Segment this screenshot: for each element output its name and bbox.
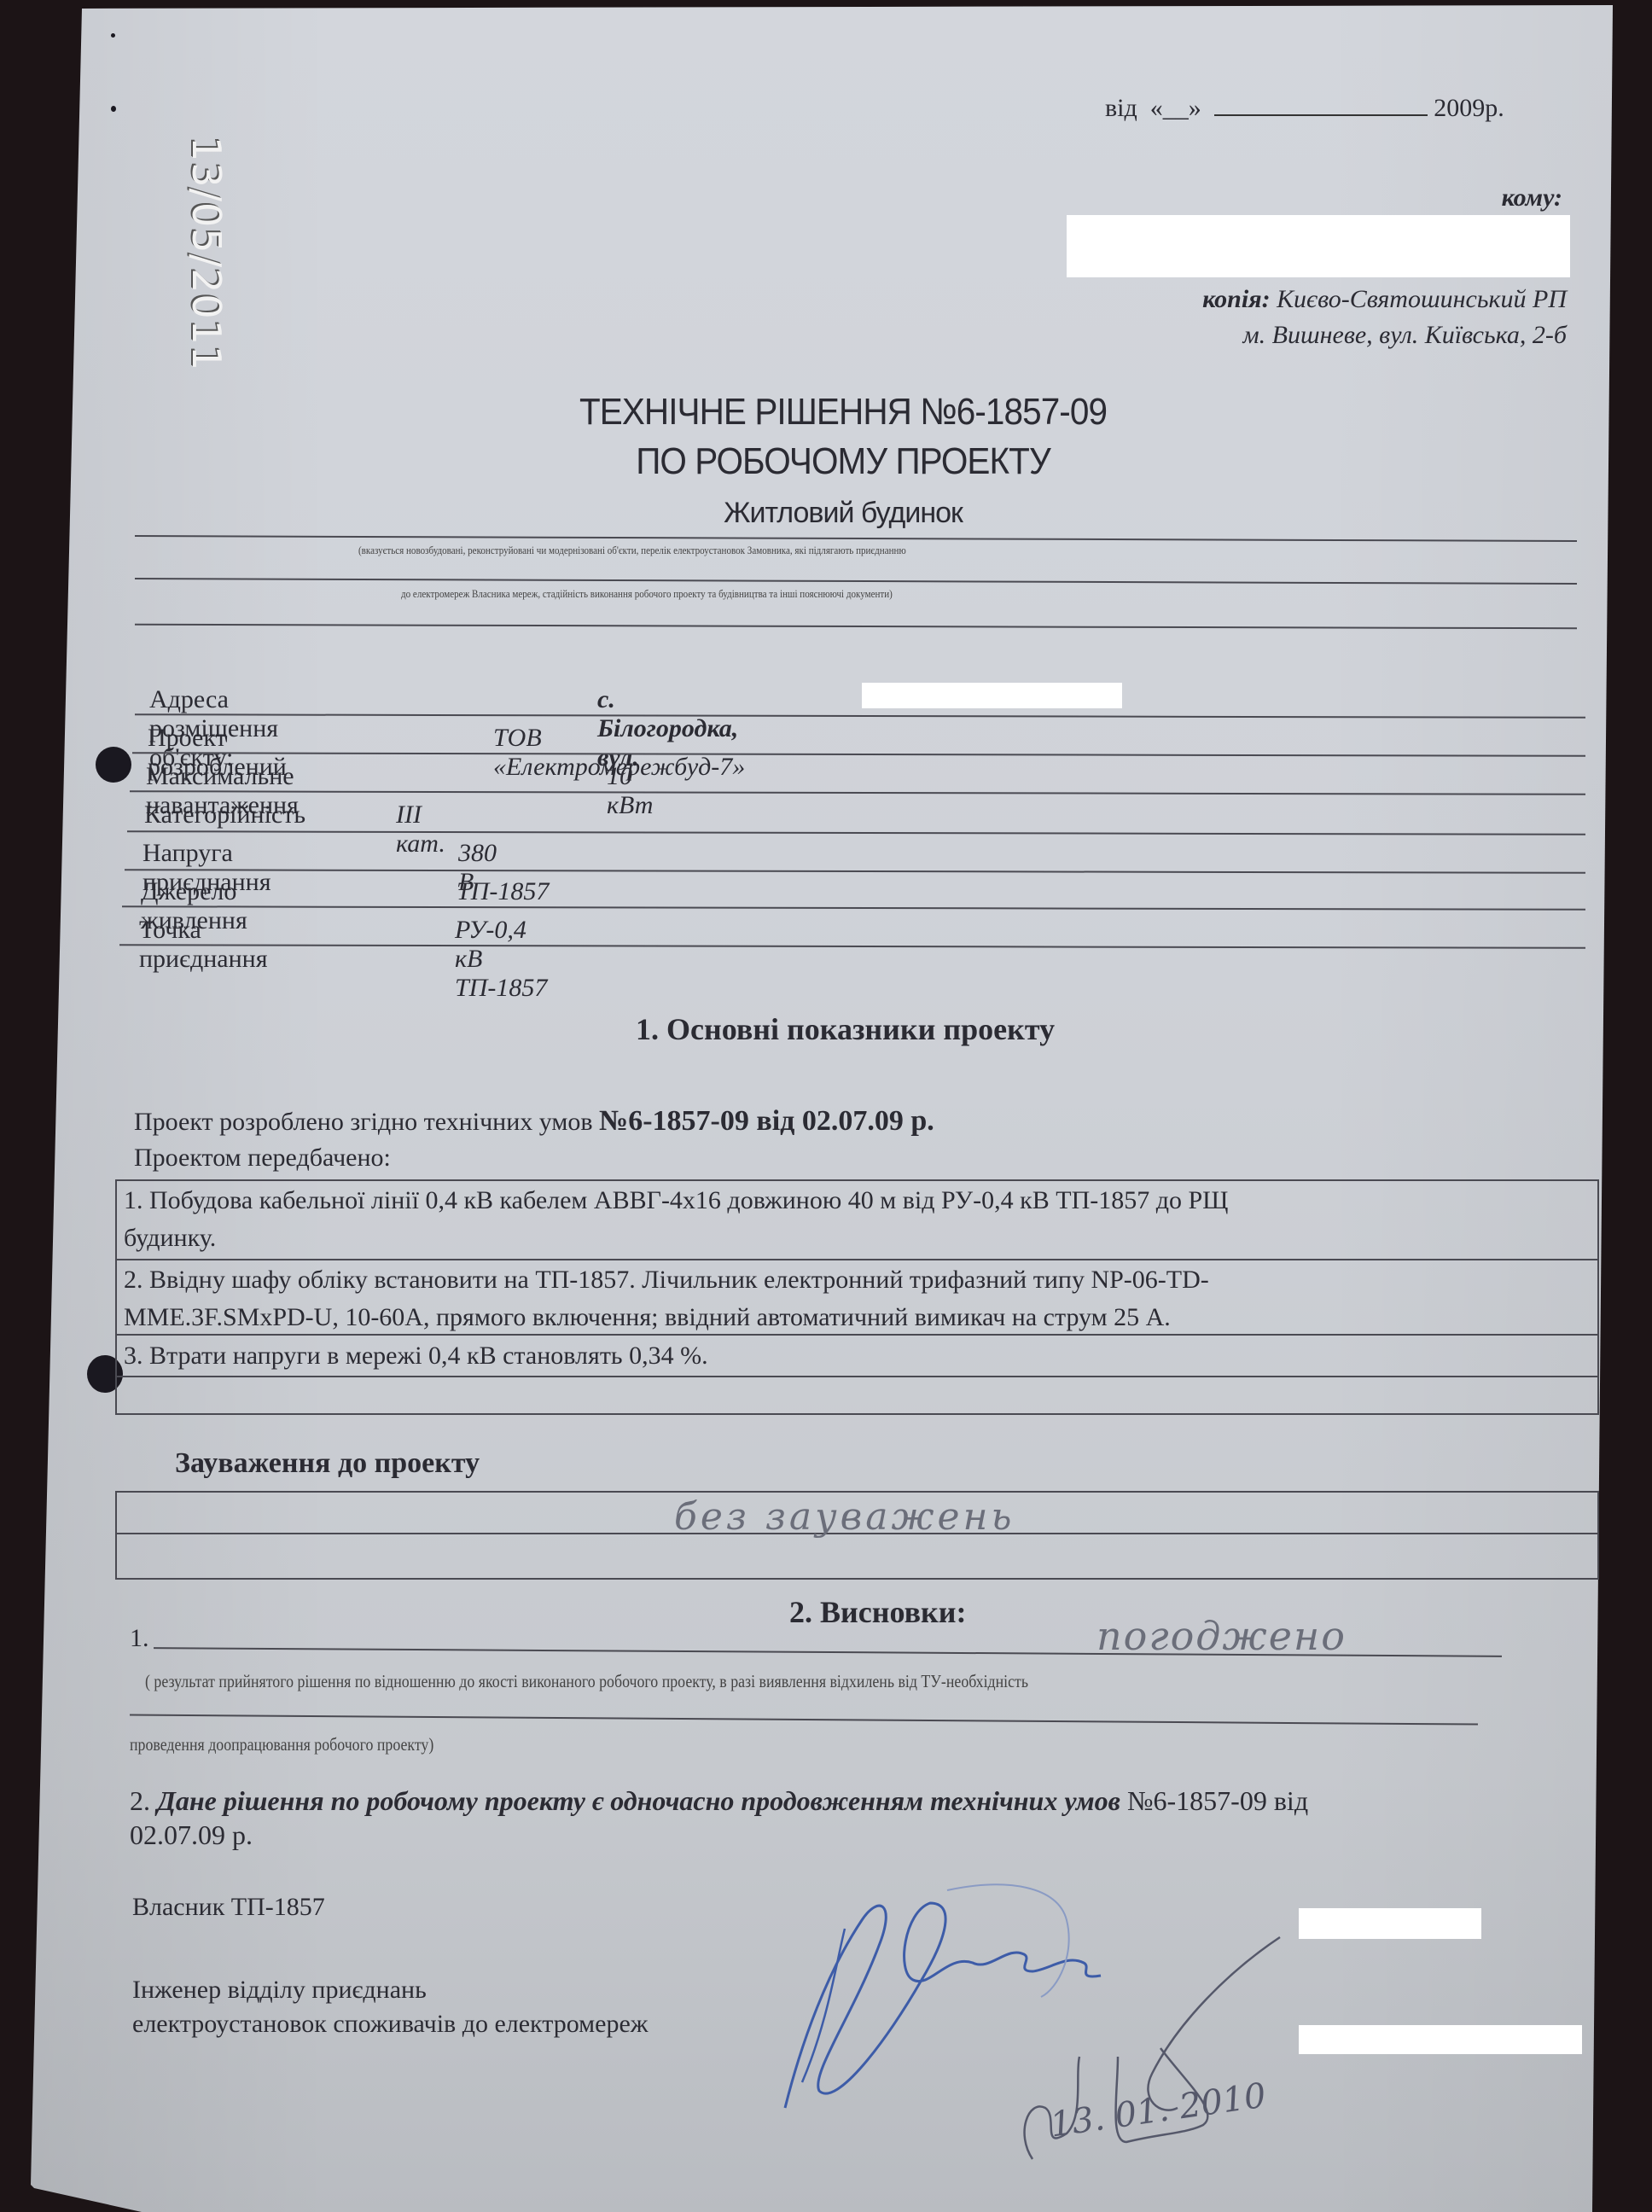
conclusion-2-tu: №6-1857-09 від <box>1120 1785 1308 1816</box>
engineer-label: Інженер відділу приєднань електроустанов… <box>132 1973 648 2041</box>
conclusion-2: 2. Дане рішення по робочому проекту є од… <box>130 1785 1308 1817</box>
document-subtitle: ПО РОБОЧОМУ ПРОЕКТУ <box>83 440 1603 483</box>
copy-org: Києво-Святошинський РП <box>1277 285 1567 313</box>
field-value: ІІІ кат. <box>396 800 445 859</box>
to-label: кому: <box>1502 183 1562 212</box>
intro-text: Проект розроблено згідно технічних умов <box>134 1108 599 1136</box>
field-value: ТП-1857 <box>457 877 549 906</box>
copy-address: м. Вишневе, вул. Київська, 2-б <box>1202 317 1567 353</box>
conclusion-2-number: 2. <box>130 1785 157 1816</box>
section1-intro: Проект розроблено згідно технічних умов … <box>134 1105 934 1138</box>
provision-item-2: 2. Ввідну шафу обліку встановити на ТП-1… <box>124 1261 1209 1336</box>
redacted-engineer-name <box>1299 2025 1582 2054</box>
conclusion-2-date: 02.07.09 р. <box>130 1819 253 1851</box>
date-prefix: від <box>1105 94 1137 122</box>
conclusion-1-handwritten: погоджено <box>1096 1613 1347 1659</box>
provision-item-1: 1. Побудова кабельної лінії 0,4 кВ кабел… <box>124 1182 1228 1257</box>
intro-tu-number: №6-1857-09 від 02.07.09 р. <box>599 1105 934 1137</box>
paper-speck <box>111 106 116 112</box>
engineer-label-line2: електроустановок споживачів до електроме… <box>132 2007 648 2041</box>
owner-label: Власник ТП-1857 <box>132 1890 325 1924</box>
hole-punch <box>96 747 131 783</box>
provision-3-line1: 3. Втрати напруги в мережі 0,4 кВ станов… <box>124 1337 708 1375</box>
title-hint-1: (вказується новозбудовані, реконструйова… <box>358 544 906 557</box>
provision-1-line2: будинку. <box>124 1220 1228 1257</box>
copy-recipient: копія: Києво-Святошинський РП м. Вишневе… <box>1202 282 1567 353</box>
provision-2-line2: MME.3F.SMxPD-U, 10-60A, прямого включенн… <box>124 1299 1209 1336</box>
section1-heading: 1. Основні показники проекту <box>636 1011 1055 1047</box>
section2-heading: 2. Висновки: <box>789 1594 967 1630</box>
copy-label: копія: <box>1202 285 1271 313</box>
date-day-blank: «__» <box>1150 94 1201 122</box>
paper-speck <box>111 33 115 38</box>
conclusion-1-number: 1. <box>130 1624 149 1653</box>
provision-1-line1: 1. Побудова кабельної лінії 0,4 кВ кабел… <box>124 1182 1228 1220</box>
photo-date-stamp: 13/05/2011 <box>183 137 230 371</box>
field-label: Категорійність <box>144 800 305 829</box>
conclusion-1-hint2: проведення доопрацювання робочого проект… <box>130 1734 433 1755</box>
date-line: від «__» 2009р. <box>1105 94 1504 123</box>
document-title: ТЕХНІЧНЕ РІШЕННЯ №6-1857-09 <box>83 391 1603 434</box>
date-month-blank <box>1214 114 1428 116</box>
provision-item-3: 3. Втрати напруги в мережі 0,4 кВ станов… <box>124 1337 708 1375</box>
conclusion-2-text: Дане рішення по робочому проекту є одноч… <box>157 1785 1120 1816</box>
redacted-recipient <box>1067 215 1570 277</box>
provided-label: Проектом передбачено: <box>134 1144 391 1173</box>
conclusion-1-hint1: ( результат прийнятого рішення по віднош… <box>145 1671 1028 1692</box>
remarks-heading: Зауваження до проекту <box>175 1447 480 1480</box>
title-hint-2: до електромереж Власника мереж, стадійні… <box>401 587 893 601</box>
redacted-street <box>862 683 1122 708</box>
date-year: 2009р. <box>1434 94 1504 122</box>
object-name: Житловий будинок <box>17 497 1652 530</box>
redacted-owner-name <box>1299 1908 1481 1939</box>
field-value: РУ-0,4 кВ ТП-1857 <box>455 916 547 1003</box>
provision-2-line1: 2. Ввідну шафу обліку встановити на ТП-1… <box>124 1261 1209 1299</box>
provisions-row-divider <box>115 1376 1597 1377</box>
engineer-label-line1: Інженер відділу приєднань <box>132 1973 648 2007</box>
engineer-signature <box>990 1920 1314 2176</box>
provisions-row-divider <box>115 1259 1597 1260</box>
remarks-handwritten: без зауважень <box>674 1495 1015 1539</box>
